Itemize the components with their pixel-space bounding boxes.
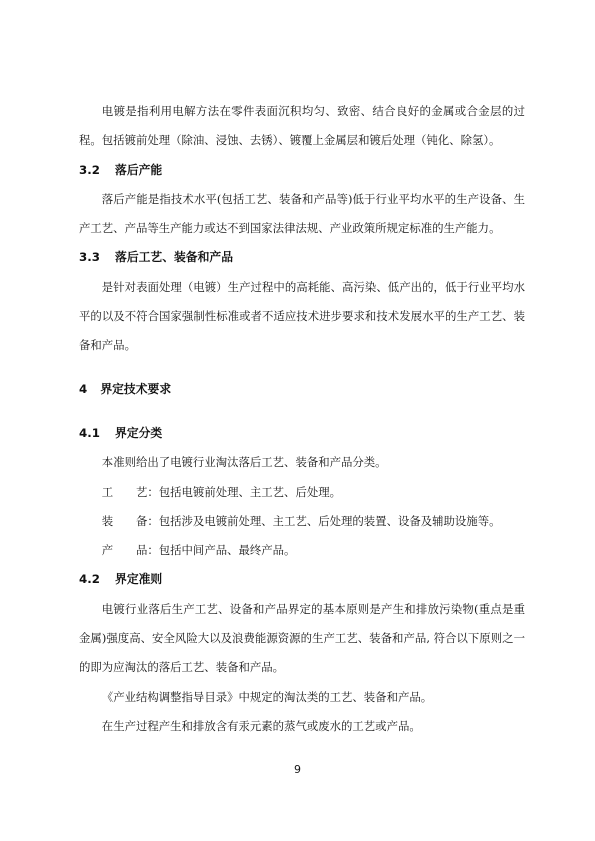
heading-4-2-title: 界定准则	[115, 572, 162, 586]
paragraph-4-1: 本准则给出了电镀行业淘汰落后工艺、装备和产品分类。	[79, 448, 525, 477]
heading-4-2: 4.2 界定准则	[79, 565, 525, 594]
section-heading-4-title: 界定技术要求	[100, 382, 171, 396]
heading-3-3-title: 落后工艺、装备和产品	[115, 250, 233, 264]
section-heading-4: 4 界定技术要求	[79, 375, 525, 404]
page-number: 9	[0, 763, 595, 776]
heading-3-2-title: 落后产能	[115, 163, 162, 177]
heading-4-1-number: 4.1	[79, 419, 100, 448]
heading-3-2: 3.2 落后产能	[79, 156, 525, 185]
paragraph-4-2-mercury: 在生产过程产生和排放含有汞元素的蒸气或废水的工艺或产品。	[79, 712, 525, 741]
paragraph-3-3: 是针对表面处理（电镀）生产过程中的高耗能、高污染、低产出的，低于行业平均水平的以…	[79, 273, 525, 361]
heading-3-3: 3.3 落后工艺、装备和产品	[79, 243, 525, 272]
document-page: 电镀是指利用电解方法在零件表面沉积均匀、致密、结合良好的金属或合金层的过程。包括…	[0, 0, 595, 841]
term-line-product: 产 品：包括中间产品、最终产品。	[79, 536, 525, 565]
term-line-process: 工 艺：包括电镀前处理、主工艺、后处理。	[79, 478, 525, 507]
heading-4-1-title: 界定分类	[115, 426, 162, 440]
document-content: 电镀是指利用电解方法在零件表面沉积均匀、致密、结合良好的金属或合金层的过程。包括…	[79, 97, 525, 741]
term-line-equipment: 装 备：包括涉及电镀前处理、主工艺、后处理的装置、设备及辅助设施等。	[79, 507, 525, 536]
heading-4-2-number: 4.2	[79, 565, 100, 594]
paragraph-4-2-catalog: 《产业结构调整指导目录》中规定的淘汰类的工艺、装备和产品。	[79, 683, 525, 712]
heading-3-3-number: 3.3	[79, 243, 100, 272]
paragraph-4-2-principle: 电镀行业落后生产工艺、设备和产品界定的基本原则是产生和排放污染物(重点是重金属)…	[79, 595, 525, 683]
heading-3-2-number: 3.2	[79, 156, 100, 185]
heading-4-1: 4.1 界定分类	[79, 419, 525, 448]
paragraph-intro: 电镀是指利用电解方法在零件表面沉积均匀、致密、结合良好的金属或合金层的过程。包括…	[79, 97, 525, 156]
paragraph-3-2: 落后产能是指技术水平(包括工艺、装备和产品等)低于行业平均水平的生产设备、生产工…	[79, 185, 525, 244]
section-heading-4-number: 4	[79, 375, 87, 404]
